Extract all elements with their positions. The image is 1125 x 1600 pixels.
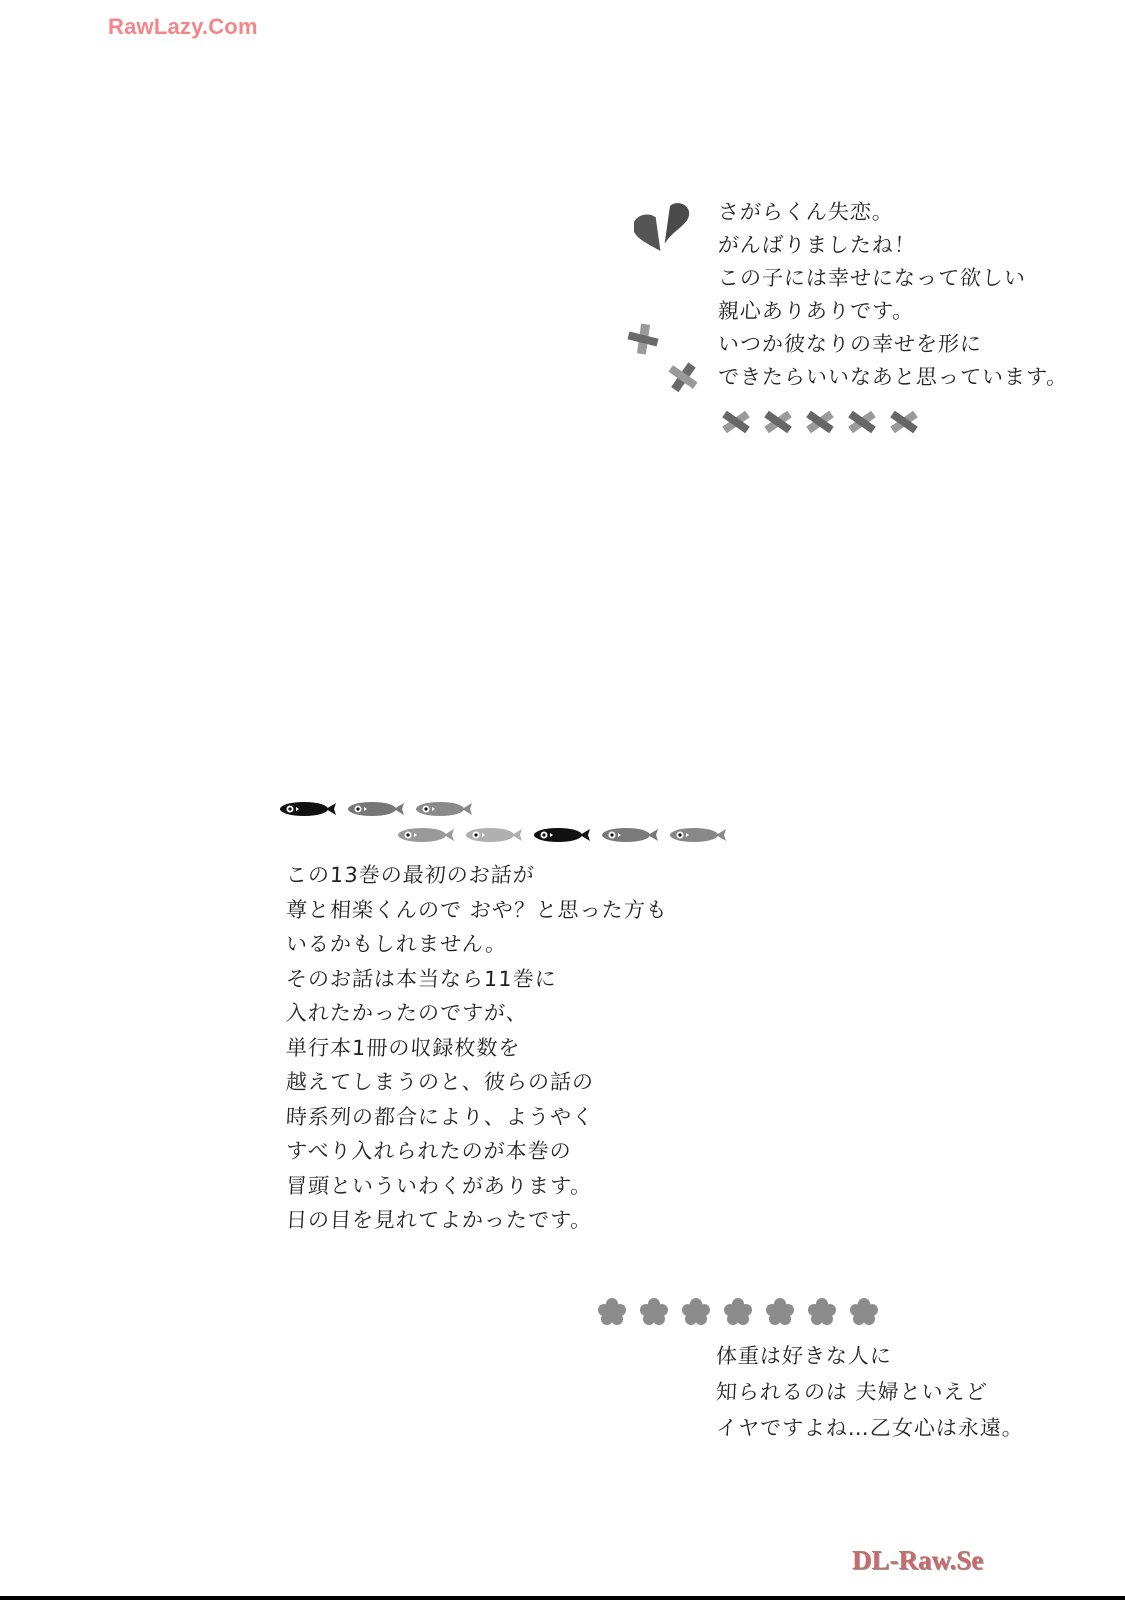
bandage-cross-icon <box>846 407 878 437</box>
note-line: 親心ありありです。 <box>717 295 1069 328</box>
bandage-cross-icon <box>804 407 836 437</box>
flower-row <box>598 1298 878 1326</box>
note-line: 単行本1冊の収録枚数を <box>285 1031 668 1066</box>
page-bottom-border <box>0 1596 1125 1600</box>
note-line: 尊と相楽くんので おや？と思った方も <box>285 893 668 928</box>
flower-icon <box>598 1298 626 1326</box>
fish-row-2 <box>396 826 728 844</box>
note-line: 入れたかったのですが、 <box>285 996 668 1031</box>
bandage-cross-icon <box>666 360 700 394</box>
note-volume13: この13巻の最初のお話が 尊と相楽くんので おや？と思った方も いるかもしれませ… <box>286 858 668 1238</box>
fish-icon <box>464 826 524 844</box>
note-line: 時系列の都合により、ようやく <box>285 1100 668 1135</box>
fish-icon <box>600 826 660 844</box>
note-line: この子には幸せになって欲しい <box>717 262 1069 295</box>
note-line: すべり入れられたのが本巻の <box>285 1134 668 1169</box>
note-line: そのお話は本当なら11巻に <box>285 962 668 997</box>
bandage-cross-row <box>720 407 920 437</box>
note-line: 冒頭といういわくがあります。 <box>285 1169 668 1204</box>
bandage-cross-icon <box>720 407 752 437</box>
flower-icon <box>766 1298 794 1326</box>
watermark-rawlazy: RawLazy.Com <box>108 14 258 40</box>
note-line: この13巻の最初のお話が <box>285 858 668 893</box>
bandage-cross-icon <box>762 407 794 437</box>
note-line: いるかもしれません。 <box>285 927 668 962</box>
fish-icon <box>346 800 406 818</box>
flower-icon <box>808 1298 836 1326</box>
fish-icon <box>396 826 456 844</box>
note-line: イヤですよね…乙女心は永遠。 <box>715 1410 1025 1446</box>
fish-icon <box>414 800 474 818</box>
note-sagara: さがらくん失恋。 がんばりましたね！ この子には幸せになって欲しい 親心ありあり… <box>718 196 1068 394</box>
fish-icon <box>278 800 338 818</box>
note-line: さがらくん失恋。 <box>717 196 1069 229</box>
fish-row-1 <box>278 800 474 818</box>
flower-icon <box>682 1298 710 1326</box>
note-line: いつか彼なりの幸せを形に <box>717 328 1069 361</box>
watermark-dlraw: DL-Raw.Se <box>852 1545 983 1576</box>
note-line: 日の目を見れてよかったです。 <box>285 1203 668 1238</box>
flower-icon <box>640 1298 668 1326</box>
fish-icon <box>532 826 592 844</box>
fish-icon <box>668 826 728 844</box>
note-line: がんばりましたね！ <box>717 229 1069 262</box>
note-line: できたらいいなあと思っています。 <box>717 361 1069 394</box>
broken-heart-icon <box>634 202 694 252</box>
note-line: 越えてしまうのと、彼らの話の <box>285 1065 668 1100</box>
note-line: 知られるのは 夫婦といえど <box>715 1374 1025 1410</box>
bandage-cross-icon <box>888 407 920 437</box>
flower-icon <box>850 1298 878 1326</box>
flower-icon <box>724 1298 752 1326</box>
note-weight: 体重は好きな人に 知られるのは 夫婦といえど イヤですよね…乙女心は永遠。 <box>716 1338 1024 1446</box>
note-line: 体重は好きな人に <box>715 1338 1025 1374</box>
bandage-cross-icon <box>626 322 660 356</box>
